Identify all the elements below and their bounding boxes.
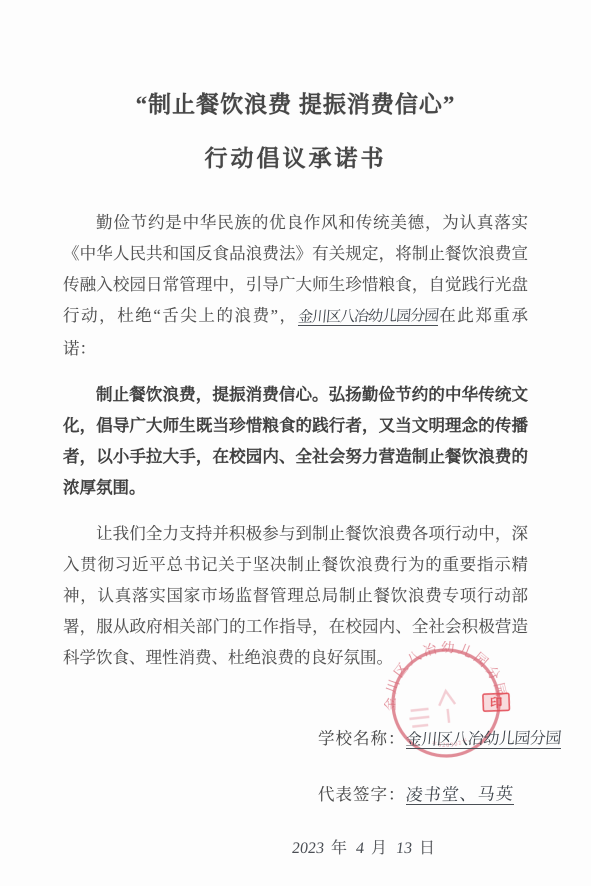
- signature-underline: 凌书堂、马英: [406, 785, 514, 805]
- paragraph-pledge: 制止餐饮浪费，提振消费信心。弘扬勤俭节约的中华传统文化，倡导广大师生既当珍惜粮食…: [63, 379, 528, 503]
- signature-block: 学校名称：金川区八冶幼儿园分园 代表签字：凌书堂、马英: [318, 725, 591, 805]
- document-title-line-2: 行动倡议承诺书: [0, 140, 591, 173]
- school-name-label: 学校名称：: [318, 729, 406, 748]
- handwritten-signatures: 凌书堂、马英: [404, 779, 514, 805]
- date-day: 13: [395, 840, 413, 858]
- school-name-underline: 金川区八冶幼儿园分园: [406, 729, 561, 749]
- handwritten-school-name-inline-underline: 金川区八冶幼儿园分园: [298, 306, 438, 326]
- handwritten-school-name-inline: 金川区八冶幼儿园分园: [296, 301, 439, 333]
- paragraph-action: 让我们全力支持并积极参与到制止餐饮浪费各项行动中，深入贯彻习近平总书记关于坚决制…: [63, 518, 528, 673]
- document-body: 勤俭节约是中华民族的优良作风和传统美德，为认真落实《中华人民共和国反食品浪费法》…: [63, 207, 528, 673]
- school-name-line: 学校名称：金川区八冶幼儿园分园: [318, 725, 591, 749]
- signature-label: 代表签字：: [318, 785, 406, 804]
- document-title-line-1: “制止餐饮浪费 提振消费信心”: [0, 86, 591, 119]
- date-year-unit: 年: [331, 840, 347, 857]
- date-year: 2023: [291, 840, 325, 858]
- paragraph-intro: 勤俭节约是中华民族的优良作风和传统美德，为认真落实《中华人民共和国反食品浪费法》…: [63, 207, 528, 364]
- seal-inner-marks: [407, 690, 457, 727]
- seal-badge-text: 印: [490, 695, 504, 710]
- representative-signature-line: 代表签字：凌书堂、马英: [318, 780, 591, 805]
- date-line: 2023年4月13日: [292, 835, 591, 858]
- date-month-unit: 月: [371, 840, 387, 857]
- handwritten-school-name: 金川区八冶幼儿园分园: [404, 725, 561, 750]
- date-day-unit: 日: [419, 840, 435, 857]
- commitment-letter-page: “制止餐饮浪费 提振消费信心” 行动倡议承诺书 勤俭节约是中华民族的优良作风和传…: [0, 0, 591, 886]
- seal-badge: 印: [483, 693, 510, 711]
- date-month: 4: [355, 840, 365, 858]
